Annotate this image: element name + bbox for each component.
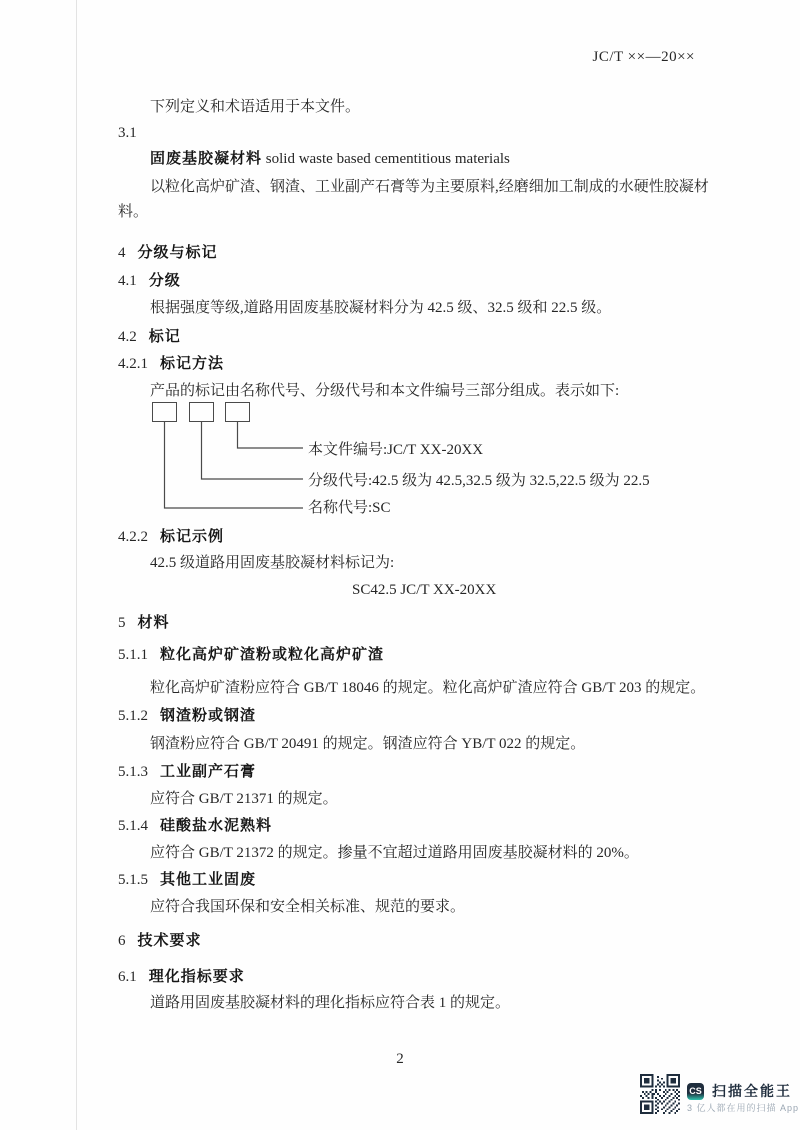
- diagram-label-grade-code: 分级代号:42.5 级为 42.5,32.5 级为 32.5,22.5 级为 2…: [308, 471, 650, 491]
- qr-code: [640, 1074, 680, 1114]
- section-4-1-heading: 4.1分级: [118, 271, 181, 291]
- section-5-1-4-heading: 5.1.4硅酸盐水泥熟料: [118, 816, 272, 836]
- definition-line-1: 以粒化高炉矿渣、钢渣、工业副产石膏等为主要原料,经磨细加工制成的水硬性胶凝材: [150, 177, 709, 197]
- section-5-1-4-body: 应符合 GB/T 21372 的规定。掺量不宜超过道路用固废基胶凝材料的 20%…: [150, 843, 639, 863]
- term-english: solid waste based cementitious materials: [266, 151, 510, 167]
- section-5-1-2-body: 钢渣粉应符合 GB/T 20491 的规定。钢渣应符合 YB/T 022 的规定…: [150, 734, 585, 754]
- page-edge-line: [76, 0, 77, 1130]
- diagram-label-doc-number: 本文件编号:JC/T XX-20XX: [308, 440, 483, 460]
- section-6-heading: 6技术要求: [118, 931, 202, 951]
- camscanner-app-name: 扫描全能王: [712, 1083, 792, 1100]
- section-5-1-2-heading: 5.1.2钢渣粉或钢渣: [118, 706, 256, 726]
- diagram-label-name-code: 名称代号:SC: [308, 498, 391, 518]
- term-entry: 固废基胶凝材料 solid waste based cementitious m…: [150, 149, 510, 169]
- section-6-1-heading: 6.1理化指标要求: [118, 967, 245, 987]
- definition-line-2: 料。: [118, 202, 148, 222]
- section-5-1-3-heading: 5.1.3工业副产石膏: [118, 762, 256, 782]
- section-4-2-1-body: 产品的标记由名称代号、分级代号和本文件编号三部分组成。表示如下:: [150, 381, 619, 401]
- terms-intro: 下列定义和术语适用于本文件。: [150, 97, 360, 117]
- diagram-connector-lines: [150, 400, 310, 515]
- section-4-2-2-body: 42.5 级道路用固废基胶凝材料标记为:: [150, 553, 394, 573]
- term-chinese: 固废基胶凝材料: [150, 150, 262, 167]
- section-5-1-5-body: 应符合我国环保和安全相关标准、规范的要求。: [150, 897, 465, 917]
- section-5-heading: 5材料: [118, 613, 170, 633]
- section-4-2-1-heading: 4.2.1标记方法: [118, 354, 224, 374]
- camscanner-logo-icon: CS: [687, 1083, 704, 1100]
- section-4-1-body: 根据强度等级,道路用固废基胶凝材料分为 42.5 级、32.5 级和 22.5 …: [150, 298, 611, 318]
- section-6-1-body: 道路用固废基胶凝材料的理化指标应符合表 1 的规定。: [150, 993, 510, 1013]
- camscanner-tagline: 3 亿人都在用的扫描 App: [687, 1103, 799, 1114]
- section-4-2-heading: 4.2标记: [118, 327, 181, 347]
- section-5-1-1-heading: 5.1.1粒化高炉矿渣粉或粒化高炉矿渣: [118, 645, 384, 665]
- section-5-1-1-body: 粒化高炉矿渣粉应符合 GB/T 18046 的规定。粒化高炉矿渣应符合 GB/T…: [150, 678, 705, 698]
- doc-code-header: JC/T ××—20××: [593, 47, 696, 67]
- section-5-1-3-body: 应符合 GB/T 21371 的规定。: [150, 789, 338, 809]
- section-4-2-2-heading: 4.2.2标记示例: [118, 527, 224, 547]
- page-number: 2: [0, 1051, 800, 1068]
- section-5-1-5-heading: 5.1.5其他工业固废: [118, 870, 256, 890]
- marking-example: SC42.5 JC/T XX-20XX: [352, 580, 496, 600]
- clause-3-1-number: 3.1: [118, 123, 137, 143]
- section-4-heading: 4分级与标记: [118, 243, 218, 263]
- document-page: JC/T ××—20×× 下列定义和术语适用于本文件。 3.1 固废基胶凝材料 …: [0, 0, 800, 1130]
